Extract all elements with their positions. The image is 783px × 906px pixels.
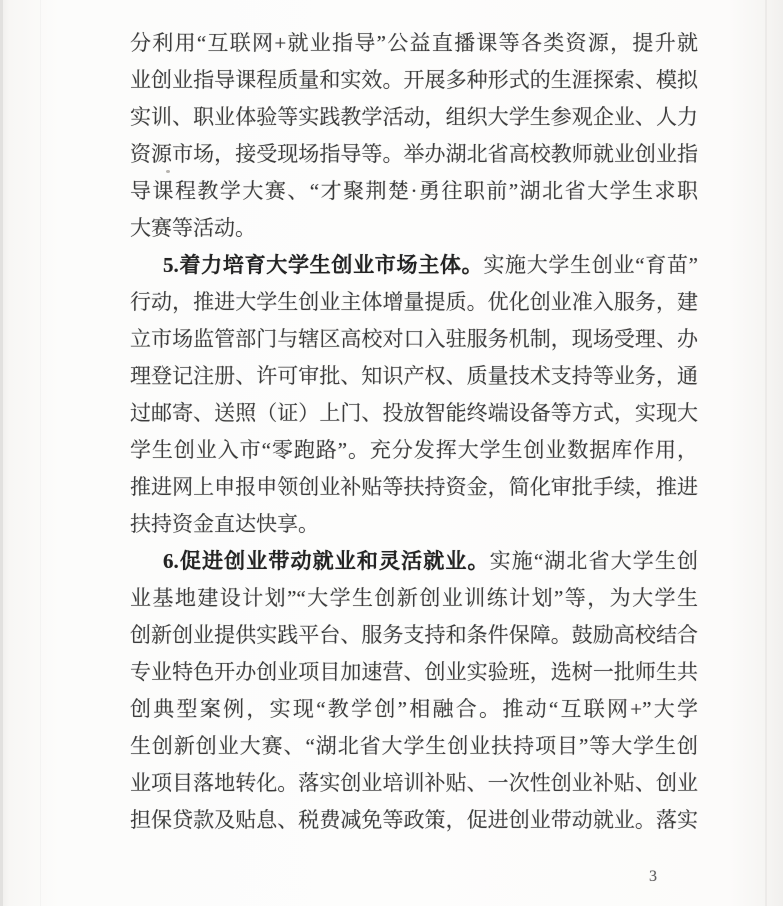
- text-line: 业创业指导课程质量和实效。开展多种形式的生涯探索、模拟: [130, 62, 698, 99]
- document-page: 分利用“互联网+就业指导”公益直播课等各类资源，提升就业创业指导课程质量和实效。…: [0, 0, 783, 906]
- page-number: 3: [649, 868, 657, 886]
- line-text: 行动，推进大学生创业主体增量提质。优化创业准入服务，建: [130, 290, 698, 314]
- line-text: 扶持资金直达快享。: [130, 512, 319, 536]
- text-line: 过邮寄、送照（证）上门、投放智能终端设备等方式，实现大: [130, 395, 698, 432]
- text-line: 推进网上申报申领创业补贴等扶持资金，简化审批手续，推进: [130, 469, 698, 506]
- line-text: 立市场监管部门与辖区高校对口入驻服务机制，现场受理、办: [130, 327, 698, 351]
- line-text: 专业特色开办创业项目加速营、创业实验班，选树一批师生共: [130, 660, 698, 684]
- line-text: 实训、职业体验等实践教学活动，组织大学生参观企业、人力: [130, 105, 698, 129]
- line-text: 业基地建设计划”“大学生创新创业训练计划”等，为大学生: [130, 586, 698, 610]
- text-line: 专业特色开办创业项目加速营、创业实验班，选树一批师生共: [130, 654, 698, 691]
- line-text: 资源市场，接受现场指导等。举办湖北省高校教师就业创业指: [130, 142, 698, 166]
- text-line: 学生创业入市“零跑路”。充分发挥大学生创业数据库作用，: [130, 432, 698, 469]
- line-text: 推进网上申报申领创业补贴等扶持资金，简化审批手续，推进: [130, 475, 698, 499]
- line-text: 导课程教学大赛、“才聚荆楚·勇往职前”湖北省大学生求职: [130, 179, 698, 203]
- text-line: 扶持资金直达快享。: [130, 506, 698, 543]
- line-text: 分利用“互联网+就业指导”公益直播课等各类资源，提升就: [130, 31, 698, 55]
- text-line: 5.着力培育大学生创业市场主体。实施大学生创业“育苗”: [130, 247, 698, 284]
- line-text: 实施大学生创业“育苗”: [483, 253, 698, 277]
- text-line: 行动，推进大学生创业主体增量提质。优化创业准入服务，建: [130, 284, 698, 321]
- line-text: 理登记注册、许可审批、知识产权、质量技术支持等业务，通: [130, 364, 698, 388]
- line-text: 大赛等活动。: [130, 216, 256, 240]
- paragraph-heading: 5.着力培育大学生创业市场主体。: [163, 253, 483, 277]
- line-text: 创新创业提供实践平台、服务支持和条件保障。鼓励高校结合: [130, 623, 698, 647]
- document-body: 分利用“互联网+就业指导”公益直播课等各类资源，提升就业创业指导课程质量和实效。…: [130, 25, 698, 839]
- text-line: 实训、职业体验等实践教学活动，组织大学生参观企业、人力: [130, 99, 698, 136]
- text-line: 导课程教学大赛、“才聚荆楚·勇往职前”湖北省大学生求职: [130, 173, 698, 210]
- text-line: 生创新创业大赛、“湖北省大学生创业扶持项目”等大学生创: [130, 728, 698, 765]
- text-line: 业项目落地转化。落实创业培训补贴、一次性创业补贴、创业: [130, 765, 698, 802]
- text-line: 创新创业提供实践平台、服务支持和条件保障。鼓励高校结合: [130, 617, 698, 654]
- paragraph-heading: 6.促进创业带动就业和灵活就业。: [163, 549, 490, 573]
- line-text: 创典型案例，实现“教学创”相融合。推动“互联网+”大学: [130, 697, 698, 721]
- scan-crease-line: [40, 0, 41, 906]
- text-line: 业基地建设计划”“大学生创新创业训练计划”等，为大学生: [130, 580, 698, 617]
- scan-edge-left: [0, 0, 3, 906]
- line-text: 业创业指导课程质量和实效。开展多种形式的生涯探索、模拟: [130, 68, 698, 92]
- text-line: 创典型案例，实现“教学创”相融合。推动“互联网+”大学: [130, 691, 698, 728]
- text-line: 立市场监管部门与辖区高校对口入驻服务机制，现场受理、办: [130, 321, 698, 358]
- text-line: 担保贷款及贴息、税费减免等政策，促进创业带动就业。落实: [130, 802, 698, 839]
- text-line: 分利用“互联网+就业指导”公益直播课等各类资源，提升就: [130, 25, 698, 62]
- scan-edge-right: [765, 0, 767, 906]
- line-text: 学生创业入市“零跑路”。充分发挥大学生创业数据库作用，: [130, 438, 698, 462]
- line-text: 担保贷款及贴息、税费减免等政策，促进创业带动就业。落实: [130, 808, 698, 832]
- line-text: 业项目落地转化。落实创业培训补贴、一次性创业补贴、创业: [130, 771, 698, 795]
- line-text: 生创新创业大赛、“湖北省大学生创业扶持项目”等大学生创: [130, 734, 698, 758]
- line-text: 实施“湖北省大学生创: [490, 549, 698, 573]
- text-line: 理登记注册、许可审批、知识产权、质量技术支持等业务，通: [130, 358, 698, 395]
- text-line: 6.促进创业带动就业和灵活就业。实施“湖北省大学生创: [130, 543, 698, 580]
- scanned-document-screenshot: { "page": { "number": "3" }, "colors": {…: [0, 0, 783, 906]
- text-line: 资源市场，接受现场指导等。举办湖北省高校教师就业创业指: [130, 136, 698, 173]
- text-line: 大赛等活动。: [130, 210, 698, 247]
- line-text: 过邮寄、送照（证）上门、投放智能终端设备等方式，实现大: [130, 401, 698, 425]
